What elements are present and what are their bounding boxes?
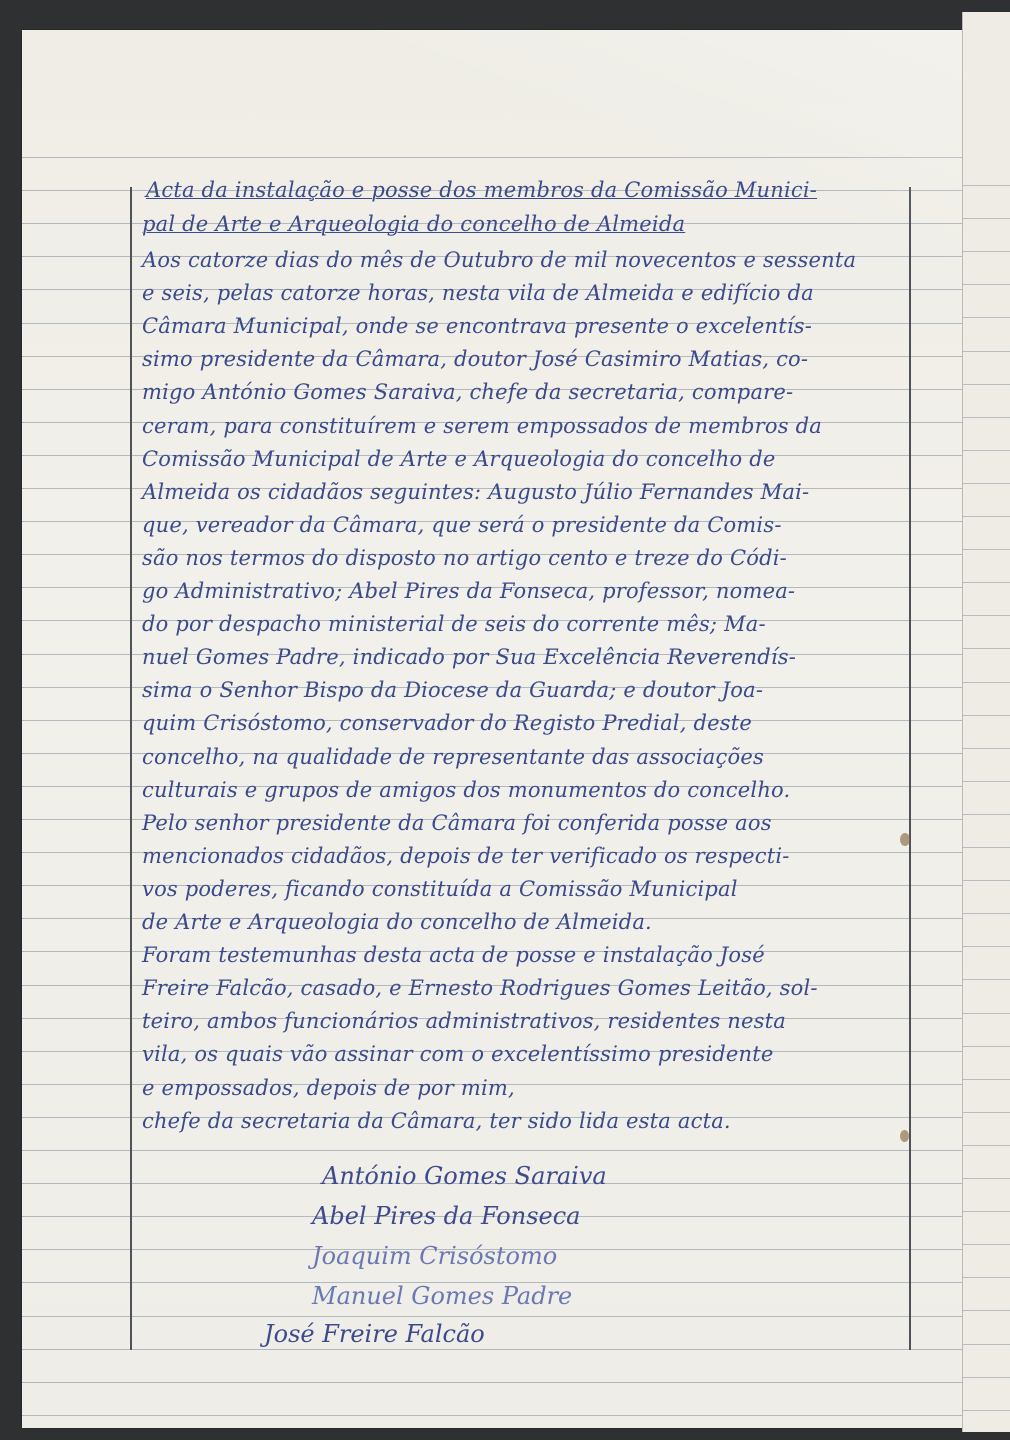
title-line-1: Acta da instalação e posse dos membros d…	[146, 178, 817, 208]
body-line: teiro, ambos funcionários administrativo…	[142, 1009, 786, 1039]
body-line: quim Crisóstomo, conservador do Registo …	[142, 711, 752, 741]
left-margin-line	[130, 187, 132, 1350]
body-line: que, vereador da Câmara, que será o pres…	[142, 513, 782, 543]
signature-4: Manuel Gomes Padre	[312, 1282, 572, 1310]
body-line: ceram, para constituírem e serem empossa…	[142, 414, 822, 444]
body-line: Aos catorze dias do mês de Outubro de mi…	[142, 248, 856, 278]
body-line: migo António Gomes Saraiva, chefe da sec…	[142, 380, 793, 410]
signature-1: António Gomes Saraiva	[322, 1162, 607, 1190]
body-line: chefe da secretaria da Câmara, ter sido …	[142, 1109, 731, 1139]
body-line: são nos termos do disposto no artigo cen…	[142, 546, 787, 576]
body-line: mencionados cidadãos, depois de ter veri…	[142, 844, 790, 874]
body-line: concelho, na qualidade de representante …	[142, 745, 764, 775]
body-line: Comissão Municipal de Arte e Arqueologia…	[142, 447, 776, 477]
body-line: vila, os quais vão assinar com o excelen…	[142, 1042, 774, 1072]
signature-2: Abel Pires da Fonseca	[312, 1202, 580, 1230]
body-line: Freire Falcão, casado, e Ernesto Rodrigu…	[142, 976, 818, 1006]
adjacent-page-edge	[962, 12, 1010, 1432]
body-line: Foram testemunhas desta acta de posse e …	[142, 943, 765, 973]
signature-3: Joaquim Crisóstomo	[312, 1242, 557, 1270]
body-line: e seis, pelas catorze horas, nesta vila …	[142, 281, 814, 311]
body-line: culturais e grupos de amigos dos monumen…	[142, 778, 790, 808]
body-line: go Administrativo; Abel Pires da Fonseca…	[142, 579, 795, 609]
body-line: simo presidente da Câmara, doutor José C…	[142, 347, 808, 377]
ink-stain	[900, 833, 910, 846]
body-line: de Arte e Arqueologia do concelho de Alm…	[142, 910, 652, 940]
body-line: nuel Gomes Padre, indicado por Sua Excel…	[142, 645, 796, 675]
body-line: Câmara Municipal, onde se encontrava pre…	[142, 314, 812, 344]
body-line: do por despacho ministerial de seis do c…	[142, 612, 766, 642]
body-line: Pelo senhor presidente da Câmara foi con…	[142, 811, 772, 841]
body-line: e empossados, depois de por mim,	[142, 1076, 515, 1106]
ink-stain	[900, 1130, 909, 1142]
right-margin-line	[909, 187, 911, 1350]
body-line: sima o Senhor Bispo da Diocese da Guarda…	[142, 678, 763, 708]
body-line: vos poderes, ficando constituída a Comis…	[142, 877, 738, 907]
signature-5: José Freire Falcão	[264, 1320, 485, 1348]
title-line-2: pal de Arte e Arqueologia do concelho de…	[142, 212, 685, 242]
body-line: Almeida os cidadãos seguintes: Augusto J…	[142, 480, 809, 510]
document-page: Acta da instalação e posse dos membros d…	[22, 30, 962, 1428]
